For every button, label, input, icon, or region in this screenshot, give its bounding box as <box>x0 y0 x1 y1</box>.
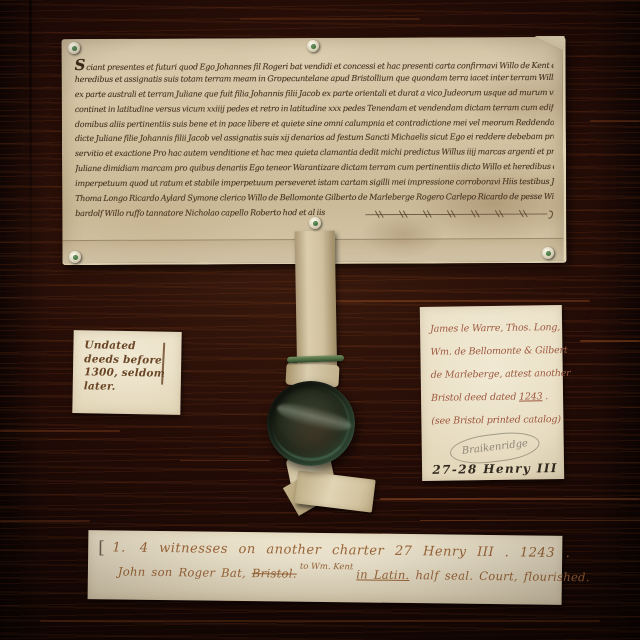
charter-text-line: Thoma Longo Ricardo Aylard Symone cleric… <box>75 190 554 207</box>
deed-line-suffix: . <box>542 391 548 402</box>
wood-grain-streak <box>380 498 640 500</box>
bottom-label: [1.4 witnesses on another charter 27 Hen… <box>88 530 563 605</box>
left-label-line: later. <box>84 380 181 395</box>
photo-medieval-charter-display: Sciant presentes et futuri quod Ego Joha… <box>0 0 640 640</box>
corner-fold <box>535 36 565 51</box>
charter-text-line: ex parte australi et terram Juliane que … <box>75 86 554 103</box>
wood-grain-streak <box>180 460 270 461</box>
brass-pin <box>68 42 80 54</box>
item-number: 1. <box>112 540 126 555</box>
bracket-mark: [ <box>98 538 105 558</box>
charter-text-line: continet in latitudine versus vicum xxii… <box>75 101 554 118</box>
wood-grain-streak <box>40 620 600 622</box>
bottom-label-line-1: [1.4 witnesses on another charter 27 Hen… <box>98 538 562 564</box>
wood-grain-streak <box>580 340 640 342</box>
witnesses-text: 4 witnesses on another charter 27 Henry … <box>140 541 571 561</box>
bottom-label-line-2: John son Roger Bat, Bristol.to Wm. Kenti… <box>118 564 562 583</box>
circled-name-row: Braikenridge <box>432 431 558 459</box>
left-label-line: Undated <box>84 339 181 354</box>
charter-text-block: Sciant presentes et futuri quod Ego Joha… <box>75 56 555 222</box>
wood-grain-streak <box>0 520 90 522</box>
brass-pin <box>69 251 81 263</box>
wood-grain-streak <box>330 300 590 302</box>
seal-rim-light <box>272 386 349 461</box>
left-label-line: 1300, seldom <box>84 366 181 381</box>
brass-pin <box>309 217 321 229</box>
line-filler-flourish <box>365 208 555 221</box>
wood-grain-streak <box>590 120 640 122</box>
deed-line-text: Bristol deed dated <box>431 392 519 404</box>
right-note-deed-line: Bristol deed dated 1243 . <box>431 385 557 410</box>
wood-grain-streak <box>0 430 120 432</box>
wax-seal <box>267 381 355 466</box>
underlined-phrase: in Latin. <box>356 567 409 582</box>
left-label: Undated deeds before 1300, seldom later. <box>72 330 181 415</box>
deed-date: 1243 <box>519 391 543 402</box>
right-note-line: de Marleberge, attest another <box>431 362 557 387</box>
right-note-line: James le Warre, Thos. Long, <box>430 316 556 341</box>
right-note: James le Warre, Thos. Long, Wm. de Bello… <box>420 305 564 481</box>
inserted-correction: to Wm. Kent <box>300 562 354 573</box>
brass-pin <box>307 40 319 52</box>
wood-seam <box>29 0 32 330</box>
wood-grain-streak <box>240 18 420 20</box>
line2-post: half seal. Court, flourished. <box>409 568 589 584</box>
brass-pin <box>542 247 554 259</box>
catalog-reference-line: (see Bristol printed catalog) <box>431 408 557 433</box>
line2-pre: John son Roger Bat, <box>118 564 252 580</box>
struck-word: Bristol. <box>252 566 297 581</box>
wood-grain-streak <box>420 520 640 521</box>
right-note-line: Wm. de Bellomonte & Gilbert <box>430 339 556 364</box>
